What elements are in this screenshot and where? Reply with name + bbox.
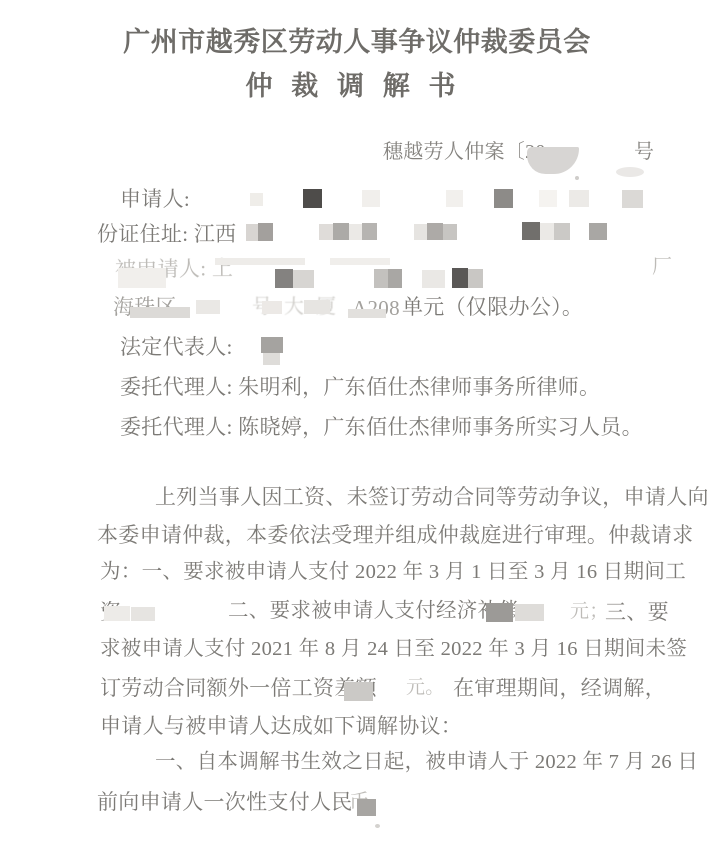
body-line-4d: 三、要 bbox=[605, 599, 669, 625]
redaction-block bbox=[258, 223, 273, 241]
redaction-block bbox=[443, 224, 457, 240]
redaction-block bbox=[131, 607, 155, 621]
redaction-block bbox=[569, 190, 589, 207]
redaction-block bbox=[539, 190, 557, 207]
body-line-8: 一、自本调解书生效之日起，被申请人于 2022 年 7 月 26 日 bbox=[155, 750, 698, 776]
redaction-block bbox=[622, 190, 643, 208]
redaction-block bbox=[304, 300, 330, 314]
redaction-block bbox=[293, 270, 314, 288]
redaction-block bbox=[494, 189, 513, 208]
redaction-block bbox=[319, 224, 333, 240]
body-line-9a: 前向申请人一次性支付人民 bbox=[97, 789, 353, 815]
id-address-line: 份证住址: 江西 bbox=[97, 221, 236, 247]
redaction-block bbox=[515, 604, 544, 621]
body-line-7: 申请人与被申请人达成如下调解协议： bbox=[100, 713, 462, 739]
redaction-block bbox=[130, 307, 190, 318]
redaction-block bbox=[527, 147, 579, 174]
redaction-block bbox=[388, 269, 402, 288]
address-unit-text: 单元（仅限办公）。 bbox=[402, 294, 583, 320]
body-line-4c-faint: 元； bbox=[570, 600, 609, 624]
redaction-block bbox=[344, 682, 373, 701]
redaction-block bbox=[414, 224, 427, 240]
agent-line-2: 委托代理人: 陈晓婷，广东佰仕杰律师事务所实习人员。 bbox=[120, 414, 643, 440]
redaction-block bbox=[616, 167, 644, 177]
redaction-block bbox=[589, 223, 607, 240]
redaction-block bbox=[348, 309, 386, 318]
redaction-block bbox=[196, 300, 220, 314]
redaction-block bbox=[362, 223, 377, 240]
agent-line-1: 委托代理人: 朱明利，广东佰仕杰律师事务所律师。 bbox=[120, 374, 600, 400]
redaction-block bbox=[275, 269, 293, 288]
redaction-block bbox=[330, 258, 390, 265]
redaction-block bbox=[246, 224, 258, 241]
redaction-block bbox=[374, 269, 388, 288]
body-line-6c: 在审理期间，经调解， bbox=[453, 675, 666, 701]
redaction-block bbox=[522, 222, 540, 240]
applicant-label: 申请人: bbox=[120, 186, 190, 212]
redaction-block bbox=[250, 193, 263, 206]
redaction-block bbox=[104, 606, 130, 621]
case-number-prefix: 穗越劳人仲案〔20 bbox=[383, 140, 546, 165]
redaction-block bbox=[261, 337, 283, 353]
redaction-block bbox=[303, 189, 322, 208]
redaction-block bbox=[427, 223, 443, 240]
redaction-block bbox=[349, 224, 362, 240]
redaction-block bbox=[215, 258, 305, 265]
redaction-block bbox=[357, 799, 376, 816]
redaction-block bbox=[262, 301, 282, 314]
case-number-suffix: 号 bbox=[634, 140, 654, 165]
document-title: 广州市越秀区劳动人事争议仲裁委员会 bbox=[123, 26, 591, 60]
body-line-5: 求被申请人支付 2021 年 8 月 24 日至 2022 年 3 月 16 日… bbox=[100, 637, 687, 663]
body-line-2: 本委申请仲裁，本委依法受理并组成仲裁庭进行审理。仲裁请求 bbox=[97, 522, 693, 548]
redaction-block bbox=[446, 190, 463, 207]
redaction-block bbox=[554, 223, 570, 240]
redaction-block bbox=[540, 223, 554, 240]
redaction-block bbox=[575, 176, 579, 180]
body-line-6a: 订劳动合同额外一倍工资差额 bbox=[100, 675, 377, 701]
redaction-block bbox=[422, 270, 445, 288]
scanned-arbitration-document: 广州市越秀区劳动人事争议仲裁委员会 仲 裁 调 解 书 穗越劳人仲案〔20 号 … bbox=[0, 0, 707, 842]
redaction-block bbox=[333, 223, 349, 240]
body-line-4b: 二、要求被申请人支付经济补偿 bbox=[228, 599, 519, 625]
respondent-line-tail: 厂 bbox=[652, 255, 672, 280]
redaction-block bbox=[486, 603, 513, 622]
redaction-block bbox=[362, 190, 380, 207]
legal-rep-label: 法定代表人: bbox=[120, 334, 233, 360]
redaction-block bbox=[375, 824, 380, 828]
redaction-block bbox=[468, 269, 483, 288]
body-line-6b-faint: 元。 bbox=[406, 676, 445, 700]
redaction-block bbox=[263, 353, 280, 365]
document-subtitle: 仲 裁 调 解 书 bbox=[246, 70, 462, 104]
body-line-3: 为：一、要求被申请人支付 2022 年 3 月 1 日至 3 月 16 日期间工 bbox=[100, 560, 686, 586]
redaction-block bbox=[452, 268, 468, 288]
redaction-block bbox=[118, 268, 166, 288]
body-line-1: 上列当事人因工资、未签订劳动合同等劳动争议，申请人向 bbox=[155, 484, 707, 510]
